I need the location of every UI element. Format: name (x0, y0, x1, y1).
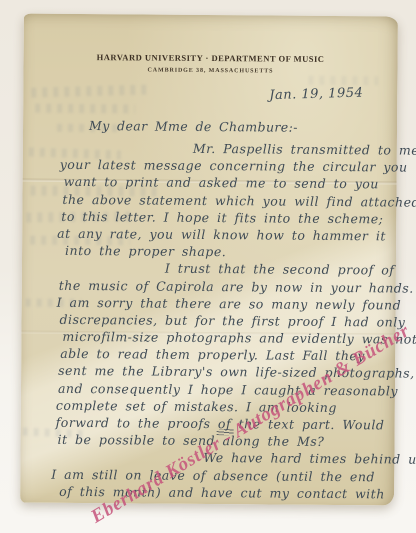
letterhead-institution: HARVARD UNIVERSITY · DEPARTMENT OF MUSIC (24, 52, 398, 65)
photo-backdrop: HARVARD UNIVERSITY · DEPARTMENT OF MUSIC… (0, 0, 416, 533)
letterhead: HARVARD UNIVERSITY · DEPARTMENT OF MUSIC… (23, 52, 397, 76)
letterhead-address: CAMBRIDGE 38, MASSACHUSETTS (23, 67, 397, 76)
ink-showthrough (308, 76, 378, 86)
letter-paper: HARVARD UNIVERSITY · DEPARTMENT OF MUSIC… (20, 14, 398, 506)
date-handwritten: Jan. 19, 1954 (269, 86, 363, 104)
ink-showthrough (35, 104, 135, 114)
ink-showthrough (31, 84, 151, 97)
salutation: My dear Mme de Chambure:- (89, 118, 298, 135)
